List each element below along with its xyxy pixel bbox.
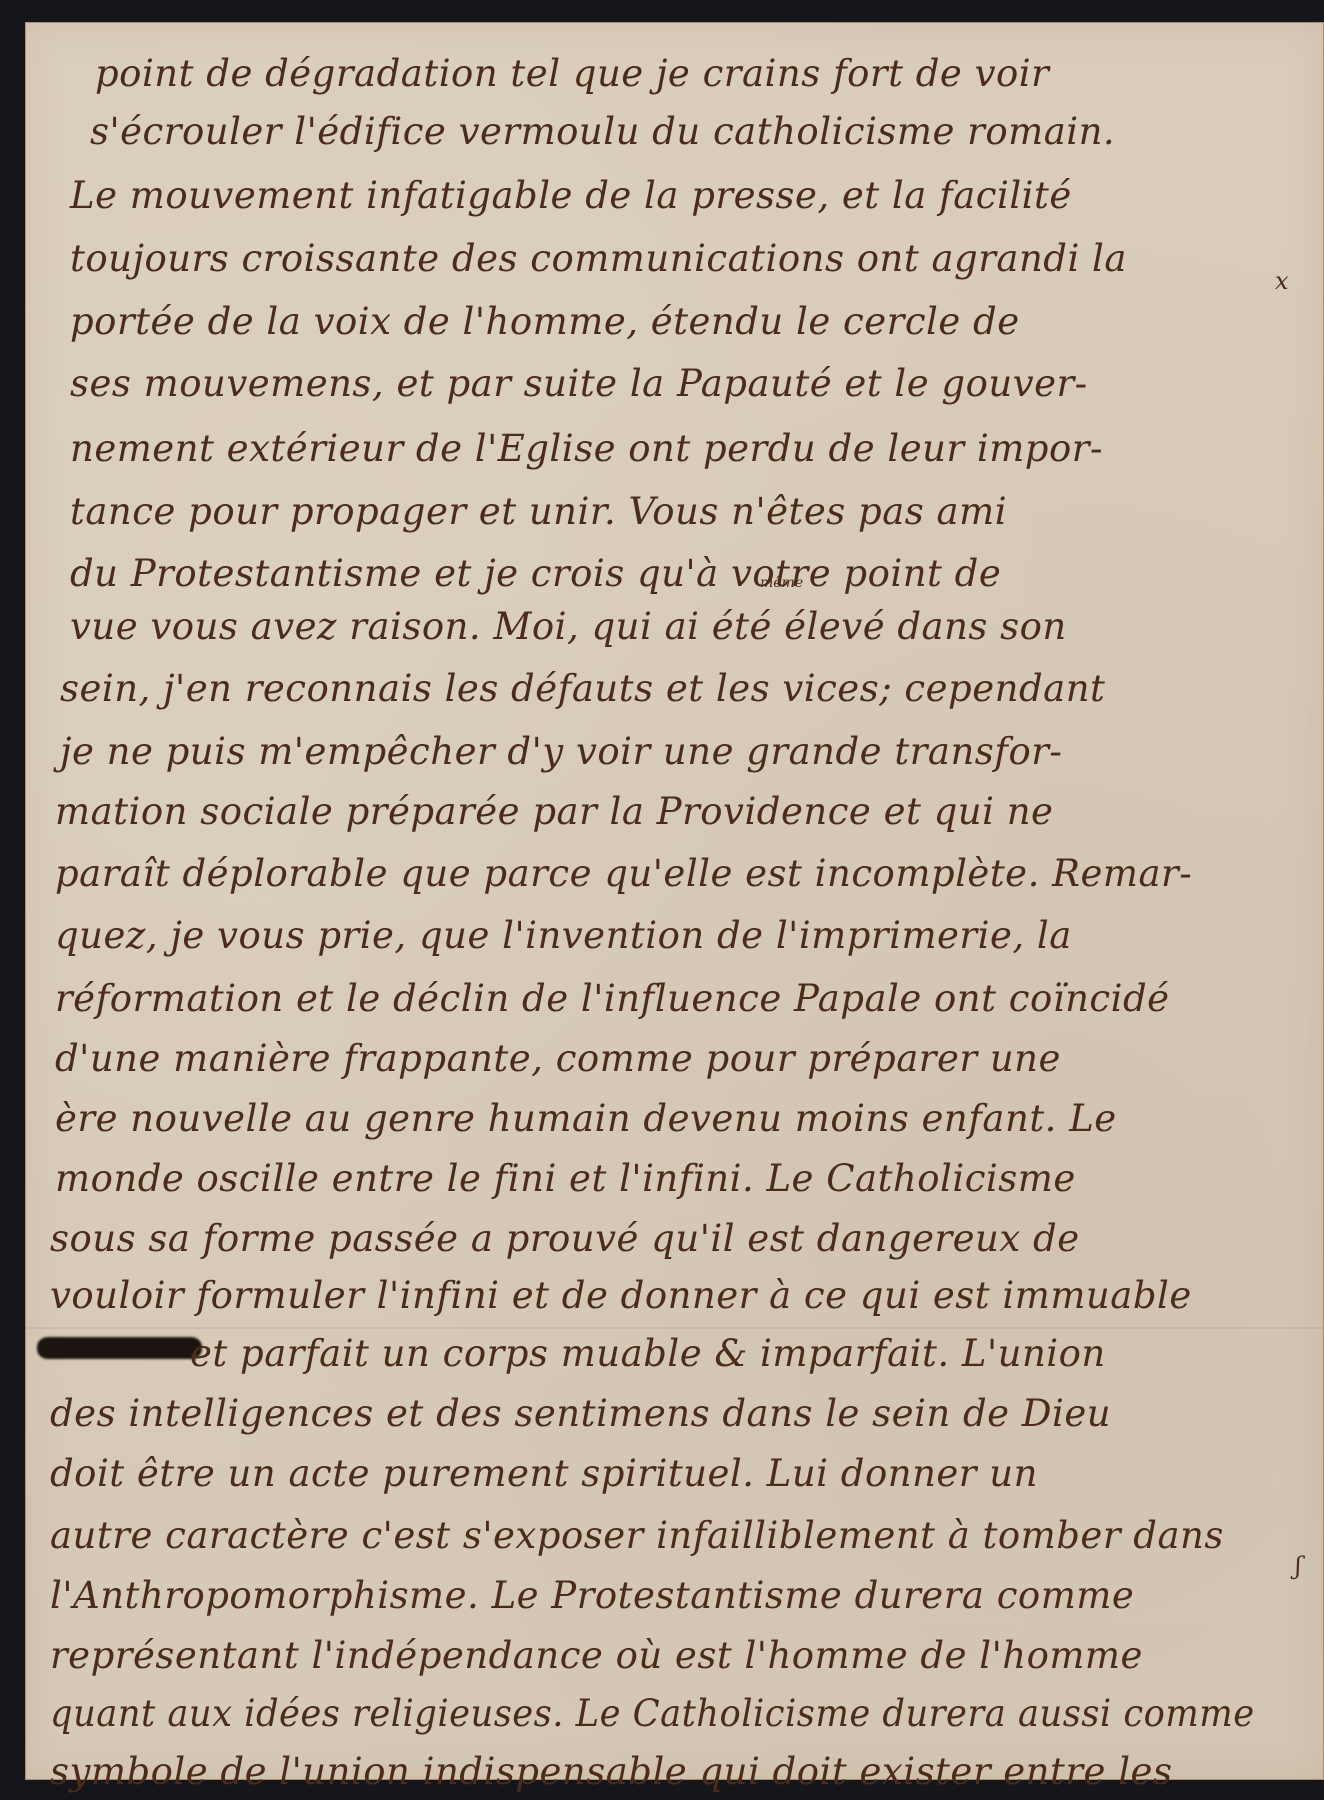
text-line: réformation et le déclin de l'influence … xyxy=(55,977,1170,1020)
text-line: mation sociale préparée par la Providenc… xyxy=(55,790,1053,833)
text-line: l'Anthropomorphisme. Le Protestantisme d… xyxy=(50,1574,1134,1617)
text-line: quez, je vous prie, que l'invention de l… xyxy=(55,914,1072,957)
handwritten-text-body: point de dégradation tel que je crains f… xyxy=(25,22,1324,1780)
margin-mark: x xyxy=(1275,267,1289,295)
margin-mark: ʃ xyxy=(1295,1552,1302,1580)
letter-page: point de dégradation tel que je crains f… xyxy=(25,22,1324,1780)
text-line: paraît déplorable que parce qu'elle est … xyxy=(55,852,1192,895)
text-line: ère nouvelle au genre humain devenu moin… xyxy=(55,1097,1117,1140)
text-line: monde oscille entre le fini et l'infini.… xyxy=(55,1157,1076,1200)
text-line: quant aux idées religieuses. Le Catholic… xyxy=(50,1692,1255,1735)
text-line: ses mouvemens, et par suite la Papauté e… xyxy=(70,362,1088,405)
text-line: point de dégradation tel que je crains f… xyxy=(95,52,1049,95)
text-line: portée de la voix de l'homme, étendu le … xyxy=(70,300,1020,343)
text-line: tance pour propager et unir. Vous n'êtes… xyxy=(70,490,1007,533)
text-line: du Protestantisme et je crois qu'à votre… xyxy=(70,552,1001,595)
text-line: je ne puis m'empêcher d'y voir une grand… xyxy=(60,730,1062,773)
text-line: représentant l'indépendance où est l'hom… xyxy=(50,1634,1143,1677)
text-line: autre caractère c'est s'exposer infailli… xyxy=(50,1514,1224,1557)
text-line: sein, j'en reconnais les défauts et les … xyxy=(60,667,1105,710)
text-line: Le mouvement infatigable de la presse, e… xyxy=(70,174,1072,217)
text-line: s'écrouler l'édifice vermoulu du catholi… xyxy=(90,110,1115,153)
text-line: d'une manière frappante, comme pour prép… xyxy=(55,1037,1061,1080)
text-line: symbole de l'union indispensable qui doi… xyxy=(50,1750,1172,1793)
text-line: doit être un acte purement spirituel. Lu… xyxy=(50,1452,1038,1495)
text-line: sous sa forme passée a prouvé qu'il est … xyxy=(50,1217,1080,1260)
text-line: vue vous avez raison. Moi, qui ai été él… xyxy=(70,605,1067,648)
text-line: et parfait un corps muable & imparfait. … xyxy=(190,1332,1106,1375)
interlinear-insertion: même xyxy=(760,575,803,591)
text-line: des intelligences et des sentimens dans … xyxy=(50,1392,1111,1435)
text-line: vouloir formuler l'infini et de donner à… xyxy=(50,1274,1192,1317)
text-line: toujours croissante des communications o… xyxy=(70,237,1127,280)
text-line: nement extérieur de l'Eglise ont perdu d… xyxy=(70,427,1103,470)
